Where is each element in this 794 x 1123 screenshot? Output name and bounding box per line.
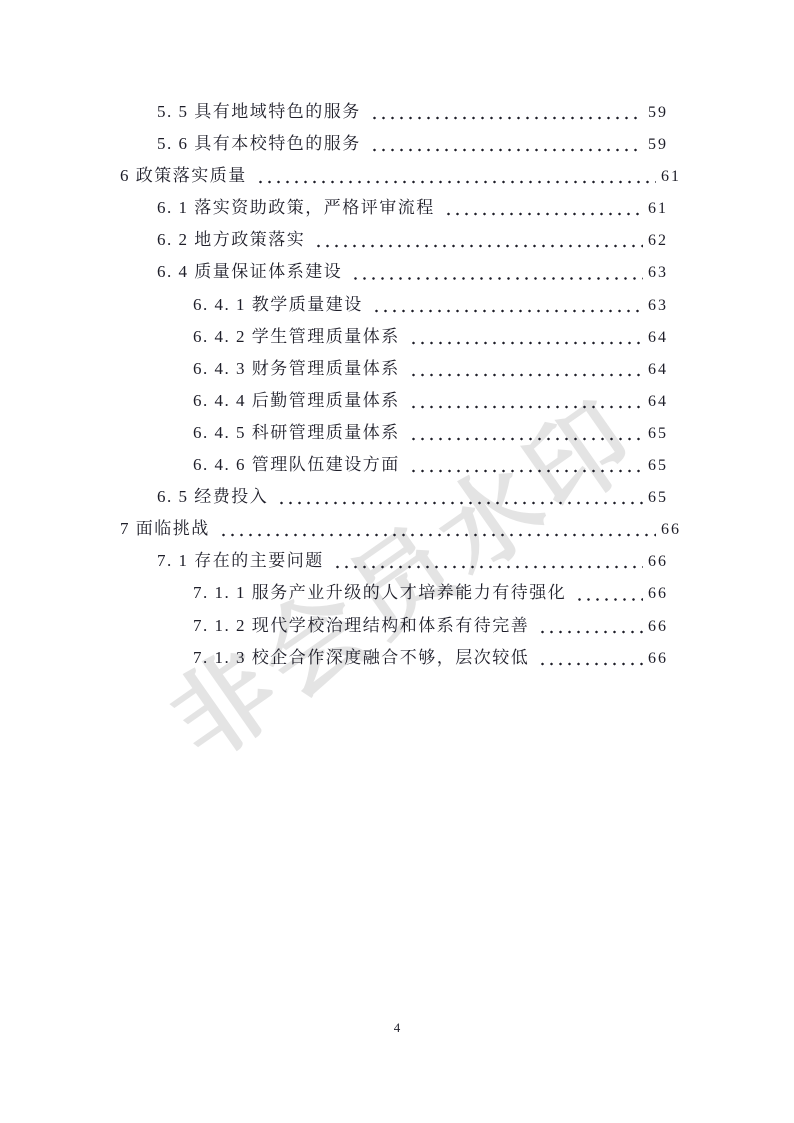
toc-dot-leader: [407, 321, 643, 353]
toc-entry-label: 6. 4. 6 管理队伍建设方面: [193, 449, 400, 481]
toc-entry-page-number: 64: [648, 386, 668, 418]
toc-entry-page-number: 66: [648, 546, 668, 578]
toc-entry-label: 5. 5 具有地域特色的服务: [157, 96, 361, 128]
toc-entry-page-number: 65: [648, 450, 668, 482]
toc-entry-page-number: 63: [648, 290, 668, 322]
toc-dot-leader: [407, 449, 643, 481]
toc-entry[interactable]: 6. 4. 2 学生管理质量体系 64: [193, 321, 668, 353]
toc-entry-label: 7 面临挑战: [120, 513, 210, 545]
toc-entry-page-number: 66: [661, 514, 681, 546]
toc-entry-page-number: 66: [648, 578, 668, 610]
toc-entry-label: 6. 4 质量保证体系建设: [157, 256, 342, 288]
toc-entry-label: 6. 1 落实资助政策，严格评审流程: [157, 192, 435, 224]
toc-entry-label: 6. 5 经费投入: [157, 481, 268, 513]
toc-entry[interactable]: 6. 4 质量保证体系建设 63: [157, 256, 668, 288]
toc-dot-leader: [407, 353, 643, 385]
table-of-contents: 5. 5 具有地域特色的服务 59 5. 6 具有本校特色的服务 59 6 政策…: [120, 96, 681, 674]
toc-entry-page-number: 59: [648, 97, 668, 129]
toc-entry[interactable]: 6 政策落实质量 61: [120, 160, 681, 192]
toc-dot-leader: [312, 224, 643, 256]
toc-dot-leader: [370, 289, 643, 321]
toc-dot-leader: [349, 256, 643, 288]
toc-dot-leader: [331, 545, 643, 577]
toc-entry[interactable]: 6. 4. 1 教学质量建设 63: [193, 289, 668, 321]
toc-dot-leader: [275, 481, 643, 513]
toc-dot-leader: [536, 610, 643, 642]
toc-dot-leader: [573, 577, 643, 609]
toc-entry[interactable]: 6. 2 地方政策落实 62: [157, 224, 668, 256]
toc-entry[interactable]: 7. 1. 2 现代学校治理结构和体系有待完善 66: [193, 610, 668, 642]
toc-entry[interactable]: 6. 4. 5 科研管理质量体系 65: [193, 417, 668, 449]
toc-entry-label: 7. 1. 2 现代学校治理结构和体系有待完善: [193, 610, 529, 642]
toc-entry[interactable]: 6. 4. 4 后勤管理质量体系 64: [193, 385, 668, 417]
toc-entry[interactable]: 7. 1 存在的主要问题 66: [157, 545, 668, 577]
toc-entry-label: 6. 4. 3 财务管理质量体系: [193, 353, 400, 385]
toc-entry-label: 6. 4. 5 科研管理质量体系: [193, 417, 400, 449]
toc-dot-leader: [536, 642, 643, 674]
toc-entry[interactable]: 5. 6 具有本校特色的服务 59: [157, 128, 668, 160]
toc-entry-label: 6. 2 地方政策落实: [157, 224, 305, 256]
toc-entry-label: 6. 4. 2 学生管理质量体系: [193, 321, 400, 353]
toc-dot-leader: [217, 513, 656, 545]
toc-entry-page-number: 65: [648, 418, 668, 450]
toc-entry[interactable]: 6. 4. 3 财务管理质量体系 64: [193, 353, 668, 385]
toc-dot-leader: [368, 128, 643, 160]
toc-entry-label: 6. 4. 1 教学质量建设: [193, 289, 363, 321]
toc-entry-page-number: 61: [648, 193, 668, 225]
toc-dot-leader: [254, 160, 656, 192]
toc-entry-label: 6 政策落实质量: [120, 160, 247, 192]
toc-entry-page-number: 62: [648, 225, 668, 257]
toc-entry-page-number: 63: [648, 257, 668, 289]
toc-entry-page-number: 66: [648, 611, 668, 643]
toc-dot-leader: [368, 96, 643, 128]
toc-entry-label: 7. 1 存在的主要问题: [157, 545, 324, 577]
toc-entry-label: 6. 4. 4 后勤管理质量体系: [193, 385, 400, 417]
toc-entry[interactable]: 5. 5 具有地域特色的服务 59: [157, 96, 668, 128]
toc-entry-page-number: 66: [648, 643, 668, 675]
page-number-footer: 4: [0, 1020, 794, 1036]
toc-entry-page-number: 64: [648, 354, 668, 386]
toc-dot-leader: [407, 385, 643, 417]
toc-dot-leader: [442, 192, 643, 224]
document-page: 非会员水印 5. 5 具有地域特色的服务 59 5. 6 具有本校特色的服务 5…: [0, 0, 794, 1123]
toc-entry[interactable]: 7. 1. 1 服务产业升级的人才培养能力有待强化 66: [193, 577, 668, 609]
toc-entry[interactable]: 6. 1 落实资助政策，严格评审流程 61: [157, 192, 668, 224]
toc-entry[interactable]: 7 面临挑战 66: [120, 513, 681, 545]
toc-entry[interactable]: 6. 5 经费投入 65: [157, 481, 668, 513]
toc-entry[interactable]: 7. 1. 3 校企合作深度融合不够，层次较低 66: [193, 642, 668, 674]
toc-entry-page-number: 61: [661, 161, 681, 193]
toc-entry-label: 7. 1. 3 校企合作深度融合不够，层次较低: [193, 642, 529, 674]
toc-entry-label: 5. 6 具有本校特色的服务: [157, 128, 361, 160]
toc-entry-page-number: 65: [648, 482, 668, 514]
toc-entry[interactable]: 6. 4. 6 管理队伍建设方面 65: [193, 449, 668, 481]
toc-entry-page-number: 59: [648, 129, 668, 161]
toc-entry-label: 7. 1. 1 服务产业升级的人才培养能力有待强化: [193, 577, 566, 609]
toc-entry-page-number: 64: [648, 322, 668, 354]
toc-dot-leader: [407, 417, 643, 449]
